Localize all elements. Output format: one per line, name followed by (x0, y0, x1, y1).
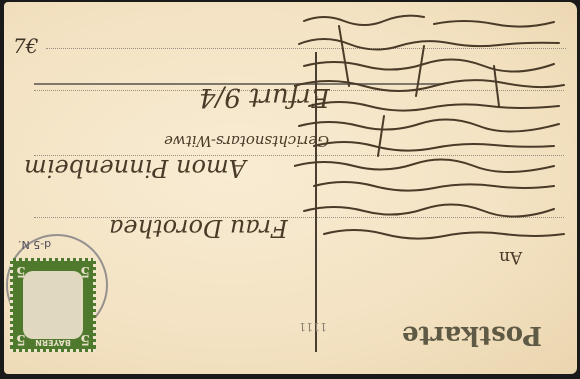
printed-title: Postkarte (402, 320, 542, 350)
stamp-lion-emblem (23, 271, 83, 339)
address-line-2: Amon Pinnenbeim (24, 154, 246, 182)
corner-note: 7€ (13, 34, 38, 58)
address-line-1: Frau Dorothea (109, 214, 288, 242)
printed-prefix: An (499, 247, 522, 267)
postage-stamp: 5 5 5 5 BAYERN (10, 258, 96, 352)
postcard-back: 7€ Erfurt 9/4 Gerichtsnotars-Witwe Amon … (4, 2, 577, 374)
margin-mark: 1111 (299, 320, 327, 333)
stamp-value: 5 (16, 263, 26, 279)
stamp-country: BAYERN (13, 338, 93, 347)
stamp-value: 5 (80, 263, 90, 279)
postmark-text: d-5 N. (18, 238, 51, 251)
handwritten-message (294, 6, 574, 256)
